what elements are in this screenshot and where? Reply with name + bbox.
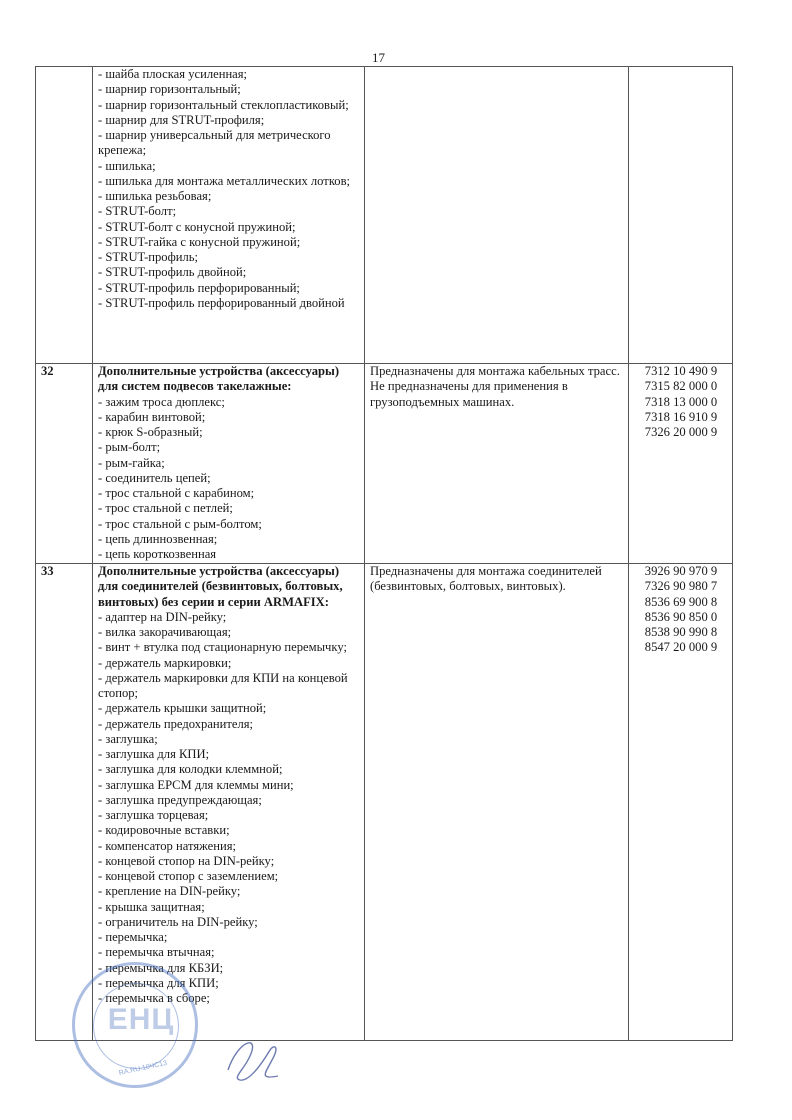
list-item: - шарнир горизонтальный; <box>98 82 360 97</box>
list-item: - соединитель цепей; <box>98 471 360 486</box>
tn-ved-code: 7326 20 000 9 <box>634 425 728 440</box>
row-number: 33 <box>36 564 93 1041</box>
tn-ved-code: 3926 90 970 9 <box>634 564 728 579</box>
purpose-cell: Предназначены для монтажа соединителей (… <box>365 564 629 1041</box>
list-item: - перемычка для КПИ; <box>98 976 360 991</box>
row-number: 32 <box>36 364 93 564</box>
purpose-cell: Предназначены для монтажа кабельных трас… <box>365 364 629 564</box>
list-item: - перемычка втычная; <box>98 945 360 960</box>
list-item: - перемычка; <box>98 930 360 945</box>
list-item: - заглушка предупреждающая; <box>98 793 360 808</box>
page-number: 17 <box>372 50 385 66</box>
product-cell: Дополнительные устройства (аксессуары) д… <box>93 364 365 564</box>
purpose-text: Предназначены для монтажа соединителей (… <box>370 564 624 595</box>
list-item: - держатель предохранителя; <box>98 717 360 732</box>
list-item: - шарнир универсальный для метрического … <box>98 128 360 159</box>
list-item: - STRUT-профиль двойной; <box>98 265 360 280</box>
tn-ved-code: 8547 20 000 9 <box>634 640 728 655</box>
product-group-title: Дополнительные устройства (аксессуары) д… <box>98 564 360 610</box>
tn-ved-code: 7326 90 980 7 <box>634 579 728 594</box>
list-item: - STRUT-болт с конусной пружиной; <box>98 220 360 235</box>
specification-table: - шайба плоская усиленная;- шарнир гориз… <box>35 66 733 1041</box>
list-item: - заглушка торцевая; <box>98 808 360 823</box>
tn-ved-code: 7318 16 910 9 <box>634 410 728 425</box>
list-item: - держатель маркировки; <box>98 656 360 671</box>
tn-ved-codes-cell <box>629 67 733 364</box>
purpose-text: Предназначены для монтажа кабельных трас… <box>370 364 624 379</box>
list-item: - крюк S-образный; <box>98 425 360 440</box>
list-item: - перемычка в сборе; <box>98 991 360 1006</box>
list-item: - крепление на DIN-рейку; <box>98 884 360 899</box>
row-number <box>36 67 93 364</box>
list-item: - заглушка; <box>98 732 360 747</box>
list-item: - крышка защитная; <box>98 900 360 915</box>
list-item: - заглушка для колодки клеммной; <box>98 762 360 777</box>
list-item: - заглушка для КПИ; <box>98 747 360 762</box>
list-item: - трос стальной с рым-болтом; <box>98 517 360 532</box>
list-item: - перемычка для КБЗИ; <box>98 961 360 976</box>
list-item: - компенсатор натяжения; <box>98 839 360 854</box>
list-item: - STRUT-профиль перфорированный; <box>98 281 360 296</box>
list-item: - шпилька; <box>98 159 360 174</box>
product-group-title: Дополнительные устройства (аксессуары) д… <box>98 364 360 395</box>
product-cell: - шайба плоская усиленная;- шарнир гориз… <box>93 67 365 364</box>
list-item: - шпилька для монтажа металлических лотк… <box>98 174 360 189</box>
list-item: - STRUT-гайка с конусной пружиной; <box>98 235 360 250</box>
list-item: - карабин винтовой; <box>98 410 360 425</box>
list-item: - цепь длиннозвенная; <box>98 532 360 547</box>
list-item: - рым-гайка; <box>98 456 360 471</box>
tn-ved-code: 8536 69 900 8 <box>634 595 728 610</box>
list-item: - трос стальной с карабином; <box>98 486 360 501</box>
table-row: - шайба плоская усиленная;- шарнир гориз… <box>36 67 733 364</box>
list-item: - шпилька резьбовая; <box>98 189 360 204</box>
tn-ved-code: 7318 13 000 0 <box>634 395 728 410</box>
list-item: - STRUT-болт; <box>98 204 360 219</box>
list-item: - STRUT-профиль перфорированный двойной <box>98 296 360 311</box>
list-item: - шарнир для STRUT-профиля; <box>98 113 360 128</box>
list-item: - кодировочные вставки; <box>98 823 360 838</box>
list-item: - держатель маркировки для КПИ на концев… <box>98 671 360 702</box>
tn-ved-codes-cell: 7312 10 490 97315 82 000 07318 13 000 07… <box>629 364 733 564</box>
list-item: - адаптер на DIN-рейку; <box>98 610 360 625</box>
list-item: - STRUT-профиль; <box>98 250 360 265</box>
list-item: - концевой стопор на DIN-рейку; <box>98 854 360 869</box>
list-item: - вилка закорачивающая; <box>98 625 360 640</box>
list-item: - винт + втулка под стационарную перемыч… <box>98 640 360 655</box>
list-item: - цепь короткозвенная <box>98 547 360 562</box>
stamp-registration: RA.RU.10ЧС13 <box>93 1055 192 1083</box>
tn-ved-code: 7315 82 000 0 <box>634 379 728 394</box>
list-item: - ограничитель на DIN-рейку; <box>98 915 360 930</box>
list-item: - шайба плоская усиленная; <box>98 67 360 82</box>
list-item: - трос стальной с петлей; <box>98 501 360 516</box>
list-item: - шарнир горизонтальный стеклопластиковы… <box>98 98 360 113</box>
tn-ved-code: 7312 10 490 9 <box>634 364 728 379</box>
purpose-cell <box>365 67 629 364</box>
table-row: 32Дополнительные устройства (аксессуары)… <box>36 364 733 564</box>
list-item: - зажим троса дюплекс; <box>98 395 360 410</box>
purpose-text: Не предназначены для применения в грузоп… <box>370 379 624 410</box>
tn-ved-code: 8536 90 850 0 <box>634 610 728 625</box>
list-item: - держатель крышки защитной; <box>98 701 360 716</box>
table-row: 33Дополнительные устройства (аксессуары)… <box>36 564 733 1041</box>
signature <box>220 1030 290 1090</box>
tn-ved-codes-cell: 3926 90 970 97326 90 980 78536 69 900 88… <box>629 564 733 1041</box>
list-item: - рым-болт; <box>98 440 360 455</box>
list-item: - концевой стопор с заземлением; <box>98 869 360 884</box>
tn-ved-code: 8538 90 990 8 <box>634 625 728 640</box>
list-item: - заглушка EPCM для клеммы мини; <box>98 778 360 793</box>
product-cell: Дополнительные устройства (аксессуары) д… <box>93 564 365 1041</box>
